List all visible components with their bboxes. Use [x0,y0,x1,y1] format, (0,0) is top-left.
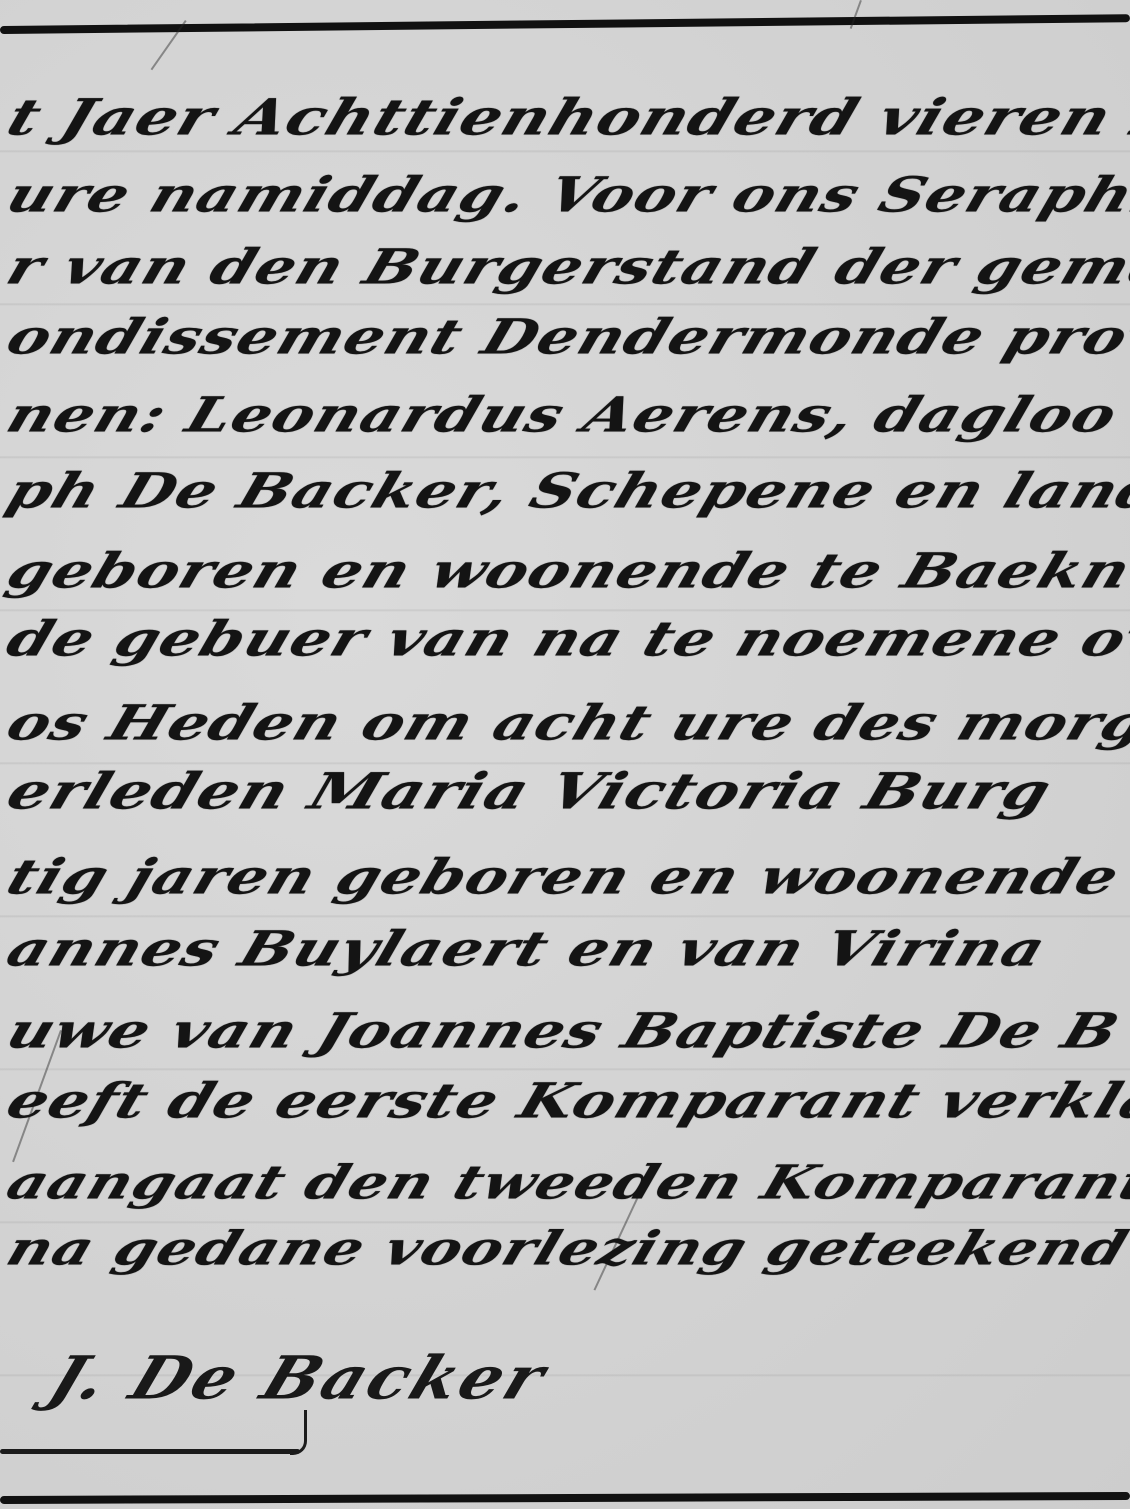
signature-underline [0,1449,300,1454]
text-line-2: ure namiddag. Voor ons Seraphien [0,166,1130,223]
text-line-16: na gedane voorlezing geteekend te [0,1221,1130,1276]
register-page: t Jaer Achttienhonderd vieren zeven ure … [0,0,1130,1509]
text-line-8: de gebuer van na te noemene overl [0,610,1130,667]
text-line-1: t Jaer Achttienhonderd vieren zeven [0,89,1130,148]
signature: J. De Backer [40,1343,557,1413]
signature-flourish [290,1410,307,1455]
top-rule-line [0,14,1130,34]
text-line-14: eeft de eerste Komparant verkla [0,1072,1130,1129]
text-line-3: r van den Burgerstand der gemeen [0,238,1130,295]
text-line-10: erleden Maria Victoria Burg [0,763,1059,822]
text-line-12: annes Buylaert en van Virina [0,920,1053,977]
bottom-rule-line [0,1492,1130,1504]
text-line-11: tig jaren geboren en woonende t [0,848,1130,905]
text-line-15: aangaat den tweeden Komparant de [0,1155,1130,1210]
text-line-13: uwe van Joannes Baptiste De B [0,1002,1127,1059]
text-line-7: geboren en woonende te Baekn [0,542,1130,599]
text-line-5: nen: Leonardus Aerens, dagloo [0,386,1125,443]
text-line-6: ph De Backer, Schepene en landb [0,462,1130,519]
text-line-9: os Heden om acht ure des morg [0,694,1130,751]
text-line-4: ondissement Dendermonde provin [0,308,1130,365]
